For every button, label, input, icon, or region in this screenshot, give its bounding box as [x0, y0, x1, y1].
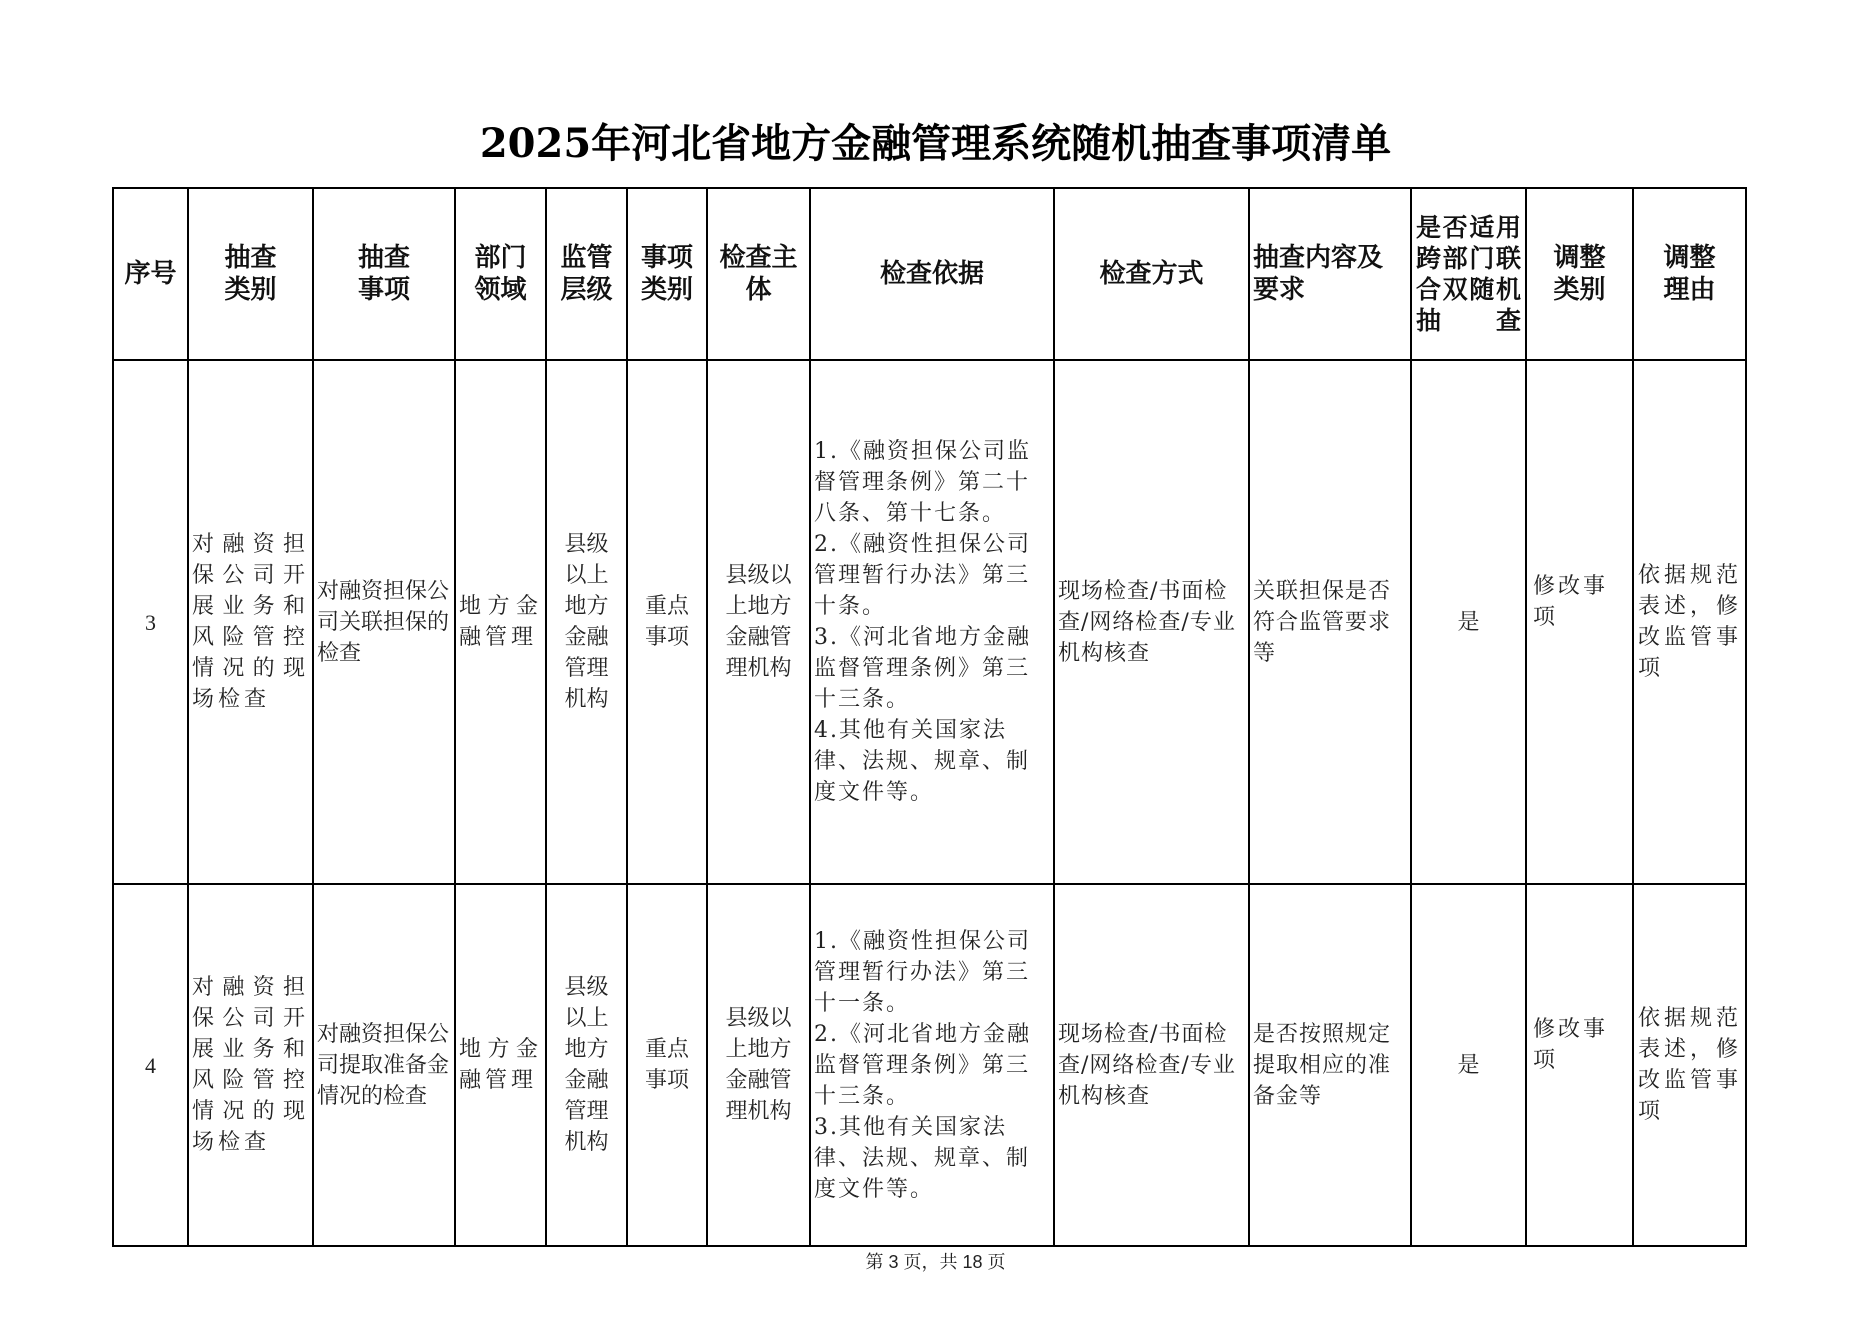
cell-basis: 1.《融资担保公司监督管理条例》第二十八条、第十七条。 2.《融资性担保公司管理… [810, 360, 1054, 884]
cell-category: 对融资担保公司开展业务和风险管控情况的现场检查 [188, 884, 313, 1246]
basis-item: 3.《河北省地方金融监督管理条例》第三十三条。 [814, 622, 1050, 715]
table-row: 3 对融资担保公司开展业务和风险管控情况的现场检查 对融资担保公司关联担保的检查… [113, 360, 1746, 884]
cell-level: 县级以上地方金融管理机构 [546, 884, 627, 1246]
cell-subject: 县级以上地方金融管理机构 [707, 884, 810, 1246]
table-row: 4 对融资担保公司开展业务和风险管控情况的现场检查 对融资担保公司提取准备金情况… [113, 884, 1746, 1246]
cell-basis: 1.《融资性担保公司管理暂行办法》第三十一条。 2.《河北省地方金融监督管理条例… [810, 884, 1054, 1246]
header-domain: 部门领域 [455, 188, 546, 360]
header-item: 抽查事项 [313, 188, 455, 360]
header-seq: 序号 [113, 188, 188, 360]
header-basis: 检查依据 [810, 188, 1054, 360]
cell-adjust-reason: 依据规范表述，修改监管事项 [1633, 884, 1746, 1246]
cell-adjust-type: 修改事项 [1526, 884, 1633, 1246]
cell-item-type: 重点事项 [627, 360, 707, 884]
basis-item: 3.其他有关国家法律、法规、规章、制度文件等。 [814, 1112, 1050, 1205]
basis-item: 2.《融资性担保公司管理暂行办法》第三十条。 [814, 529, 1050, 622]
cell-domain: 地方金融管理 [455, 360, 546, 884]
header-cross-dept: 是否适用跨部门联合双随机抽查 [1411, 188, 1526, 360]
basis-item: 1.《融资性担保公司管理暂行办法》第三十一条。 [814, 926, 1050, 1019]
cell-item: 对融资担保公司提取准备金情况的检查 [313, 884, 455, 1246]
basis-item: 2.《河北省地方金融监督管理条例》第三十三条。 [814, 1019, 1050, 1112]
inspection-items-table: 序号 抽查类别 抽查事项 部门领域 监管层级 事项类别 检查主体 检查依据 检查… [112, 187, 1747, 1247]
cell-subject: 县级以上地方金融管理机构 [707, 360, 810, 884]
cell-cross-dept: 是 [1411, 884, 1526, 1246]
header-content: 抽查内容及要求 [1249, 188, 1411, 360]
cell-category: 对融资担保公司开展业务和风险管控情况的现场检查 [188, 360, 313, 884]
cell-cross-dept: 是 [1411, 360, 1526, 884]
header-level: 监管层级 [546, 188, 627, 360]
header-adjust-type: 调整类别 [1526, 188, 1633, 360]
basis-item: 1.《融资担保公司监督管理条例》第二十八条、第十七条。 [814, 436, 1050, 529]
header-adjust-reason: 调整理由 [1633, 188, 1746, 360]
cell-adjust-type: 修改事项 [1526, 360, 1633, 884]
cell-seq: 4 [113, 884, 188, 1246]
cell-method: 现场检查/书面检查/网络检查/专业机构核查 [1054, 360, 1249, 884]
cell-domain: 地方金融管理 [455, 884, 546, 1246]
header-item-type: 事项类别 [627, 188, 707, 360]
cell-content: 是否按照规定提取相应的准备金等 [1249, 884, 1411, 1246]
header-method: 检查方式 [1054, 188, 1249, 360]
page-footer: 第 3 页，共 18 页 [0, 1248, 1871, 1274]
table-header-row: 序号 抽查类别 抽查事项 部门领域 监管层级 事项类别 检查主体 检查依据 检查… [113, 188, 1746, 360]
cell-seq: 3 [113, 360, 188, 884]
cell-adjust-reason: 依据规范表述，修改监管事项 [1633, 360, 1746, 884]
cell-item-type: 重点事项 [627, 884, 707, 1246]
cell-level: 县级以上地方金融管理机构 [546, 360, 627, 884]
header-category: 抽查类别 [188, 188, 313, 360]
cell-method: 现场检查/书面检查/网络检查/专业机构核查 [1054, 884, 1249, 1246]
header-subject: 检查主体 [707, 188, 810, 360]
cell-item: 对融资担保公司关联担保的检查 [313, 360, 455, 884]
cell-content: 关联担保是否符合监管要求等 [1249, 360, 1411, 884]
basis-item: 4.其他有关国家法律、法规、规章、制度文件等。 [814, 715, 1050, 808]
document-title: 2025年河北省地方金融管理系统随机抽查事项清单 [0, 118, 1871, 170]
